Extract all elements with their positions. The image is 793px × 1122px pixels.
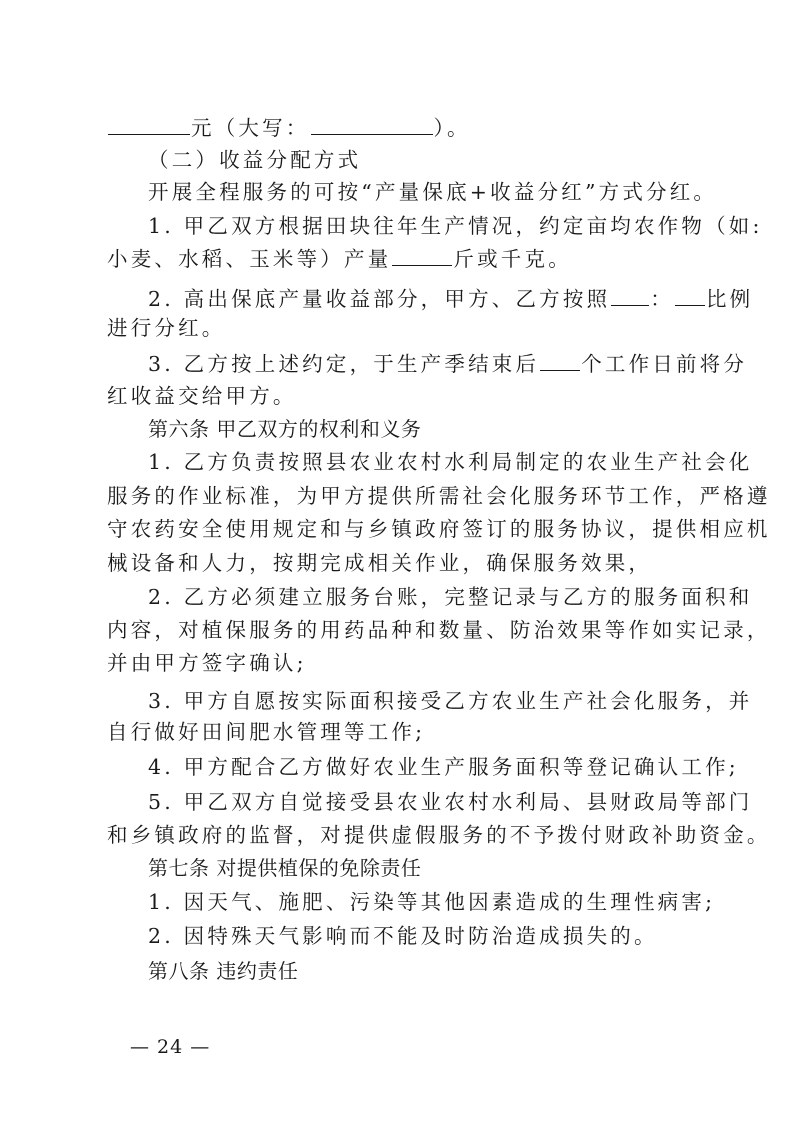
ratio-blank-b — [675, 285, 705, 306]
text: 小麦、水稻、玉米等）产量 — [107, 247, 391, 271]
page-number: — 24 — — [130, 1036, 210, 1058]
paragraph: 小麦、水稻、玉米等）产量斤或千克。 — [107, 245, 697, 273]
paragraph: 进行分红。 — [107, 314, 697, 342]
paragraph: 并由甲方签字确认; — [107, 649, 697, 677]
paragraph: 和乡镇政府的监督，对提供虚假服务的不予拨付财政补助资金。 — [107, 821, 697, 849]
article-7-heading: 第七条 对提供植保的免除责任 — [148, 854, 738, 882]
text: 2. 高出保底产量收益部分，甲方、乙方按照 — [148, 287, 610, 311]
paragraph: 1. 甲乙双方根据田块往年生产情况，约定亩均农作物（如: — [148, 212, 738, 240]
paragraph: 自行做好田间肥水管理等工作; — [107, 718, 697, 746]
paragraph: 2. 因特殊天气影响而不能及时防治造成损失的。 — [148, 922, 738, 950]
paragraph: 5. 甲乙双方自觉接受县农业农村水利局、县财政局等部门 — [148, 788, 738, 816]
amount-line: 元（大写：）。 — [107, 114, 697, 142]
text: 比例 — [706, 287, 753, 311]
paragraph: 1. 乙方负责按照县农业农村水利局制定的农业生产社会化 — [148, 448, 738, 476]
section-heading-profit-distribution: （二）收益分配方式 — [148, 146, 738, 174]
days-blank — [540, 350, 580, 371]
paragraph: 械设备和人力，按期完成相关作业，确保服务效果， — [107, 549, 697, 577]
paragraph: 2. 乙方必须建立服务台账，完整记录与乙方的服务面积和 — [148, 583, 738, 611]
amount-close: ）。 — [434, 116, 471, 140]
document-page: 元（大写：）。 （二）收益分配方式 开展全程服务的可按“产量保底+收益分红”方式… — [0, 0, 793, 1122]
text: 个工作日前将分 — [581, 352, 747, 376]
paragraph: 3. 甲方自愿按实际面积接受乙方农业生产社会化服务，并 — [148, 687, 738, 715]
article-6-heading: 第六条 甲乙双方的权利和义务 — [148, 415, 738, 443]
ratio-blank-a — [611, 285, 649, 306]
paragraph: 1. 因天气、施肥、污染等其他因素造成的生理性病害; — [148, 888, 738, 916]
paragraph: 红收益交给甲方。 — [107, 382, 697, 410]
yield-blank — [392, 245, 452, 266]
paragraph: 4. 甲方配合乙方做好农业生产服务面积等登记确认工作; — [148, 753, 738, 781]
paragraph: 服务的作业标准，为甲方提供所需社会化服务环节工作，严格遵 — [107, 482, 697, 510]
paragraph: 开展全程服务的可按“产量保底+收益分红”方式分红。 — [148, 178, 738, 206]
amount-blank — [108, 114, 190, 135]
article-8-heading: 第八条 违约责任 — [148, 957, 738, 985]
text: 3. 乙方按上述约定，于生产季结束后 — [148, 352, 539, 376]
text: ： — [650, 287, 674, 311]
amount-words-blank — [311, 114, 433, 135]
paragraph: 守农药安全使用规定和与乡镇政府签订的服务协议，提供相应机 — [107, 515, 697, 543]
paragraph: 内容，对植保服务的用药品种和数量、防治效果等作如实记录， — [107, 616, 697, 644]
amount-label: 元（大写： — [191, 116, 310, 140]
text: 斤或千克。 — [453, 247, 572, 271]
paragraph: 3. 乙方按上述约定，于生产季结束后个工作日前将分 — [148, 350, 738, 378]
paragraph: 2. 高出保底产量收益部分，甲方、乙方按照：比例 — [148, 285, 738, 313]
